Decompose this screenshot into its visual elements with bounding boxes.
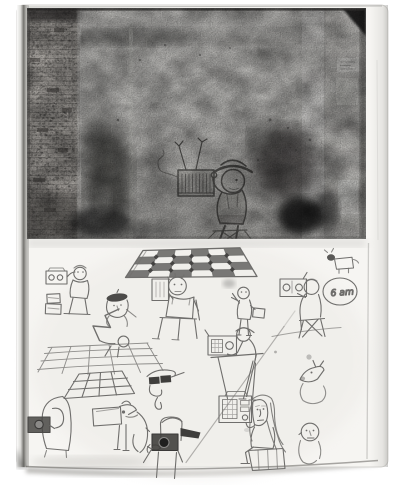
photo-print bbox=[27, 8, 366, 239]
page-right-curl bbox=[370, 5, 388, 467]
sketchbook-art: 6 am bbox=[0, 0, 400, 485]
camera-lens bbox=[159, 438, 169, 448]
bubble-text: 6 am bbox=[330, 287, 354, 300]
camera-lens bbox=[35, 420, 43, 428]
sketchbook-scan: 6 am bbox=[0, 0, 400, 485]
goggle-lens bbox=[149, 377, 160, 385]
goggle-lens bbox=[160, 375, 171, 383]
smudge bbox=[223, 279, 236, 288]
